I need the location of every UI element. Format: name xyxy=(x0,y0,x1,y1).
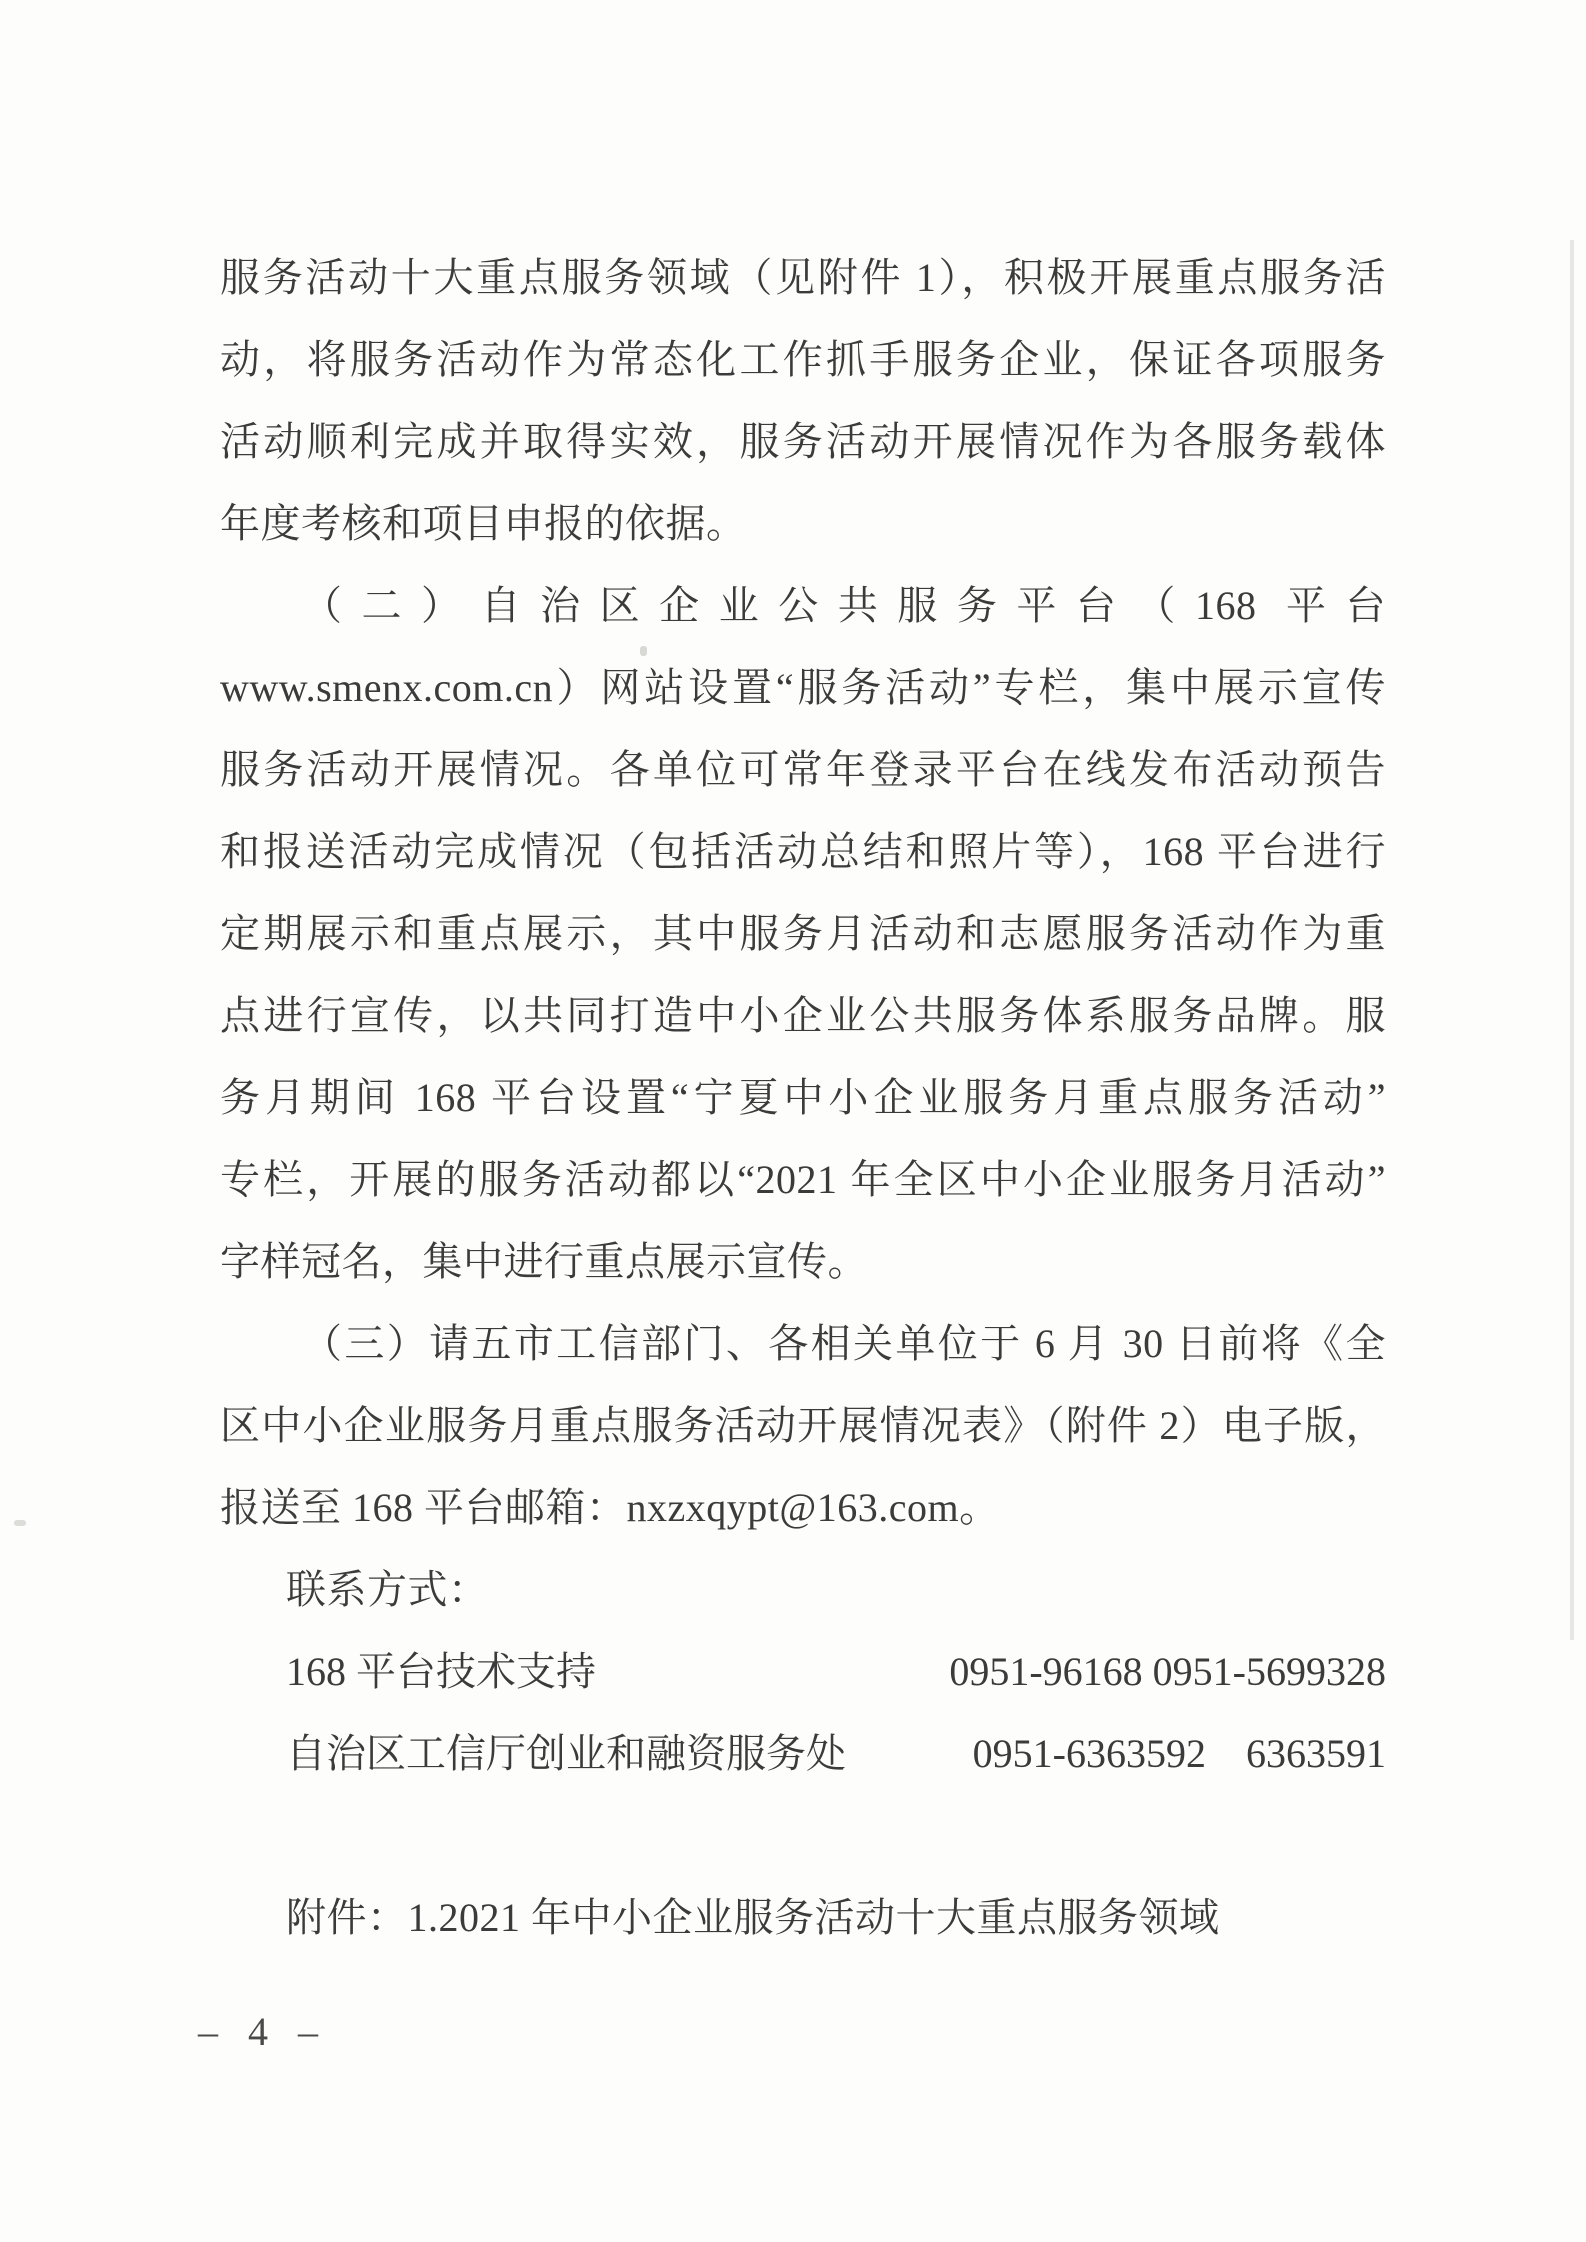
para3-line: （三）请五市工信部门、各相关单位于 6 月 30 日前将《全 xyxy=(220,1303,1386,1385)
para2-line: 专栏，开展的服务活动都以“2021 年全区中小企业服务月活动” xyxy=(220,1139,1386,1221)
blank-line xyxy=(220,1795,1386,1877)
contact-line: 168 平台技术支持 0951-96168 0951-5699328 xyxy=(220,1631,1386,1713)
para1-line: 活动顺利完成并取得实效，服务活动开展情况作为各服务载体 xyxy=(220,401,1386,483)
para3-line: 区中小企业服务月重点服务活动开展情况表》（附件 2）电子版， xyxy=(220,1385,1386,1467)
contact-line: 自治区工信厅创业和融资服务处 0951-6363592 6363591 xyxy=(220,1713,1386,1795)
para2-line: 点进行宣传，以共同打造中小企业公共服务体系服务品牌。服 xyxy=(220,975,1386,1057)
document-body: 服务活动十大重点服务领域（见附件 1），积极开展重点服务活 动，将服务活动作为常… xyxy=(220,237,1386,1959)
contact-label: 自治区工信厅创业和融资服务处 xyxy=(286,1713,846,1795)
contact-heading: 联系方式： xyxy=(220,1549,1386,1631)
para1-line: 年度考核和项目申报的依据。 xyxy=(220,483,1386,565)
para2-line: （二）自治区企业公共服务平台（168 平台 xyxy=(220,565,1386,647)
para2-line: 字样冠名，集中进行重点展示宣传。 xyxy=(220,1221,1386,1303)
para1-line: 服务活动十大重点服务领域（见附件 1），积极开展重点服务活 xyxy=(220,237,1386,319)
para2-line: 服务活动开展情况。各单位可常年登录平台在线发布活动预告 xyxy=(220,729,1386,811)
para1-line: 动，将服务活动作为常态化工作抓手服务企业，保证各项服务 xyxy=(220,319,1386,401)
para3-line email-line: 报送至 168 平台邮箱：nxzxqypt@163.com。 xyxy=(220,1467,1386,1549)
contact-phones: 0951-96168 0951-5699328 xyxy=(949,1631,1386,1713)
document-page: 服务活动十大重点服务领域（见附件 1），积极开展重点服务活 动，将服务活动作为常… xyxy=(0,0,1586,2242)
contact-phones: 0951-6363592 6363591 xyxy=(973,1713,1386,1795)
attachment-line: 附件：1.2021 年中小企业服务活动十大重点服务领域 xyxy=(220,1877,1386,1959)
scan-speck-artifact xyxy=(14,1520,26,1526)
scan-speck-artifact xyxy=(640,646,647,656)
page-number: – 4 – xyxy=(198,2012,328,2052)
para2-line: 和报送活动完成情况（包括活动总结和照片等），168 平台进行 xyxy=(220,811,1386,893)
para2-line: www.smenx.com.cn）网站设置“服务活动”专栏，集中展示宣传 xyxy=(220,647,1386,729)
para2-line: 定期展示和重点展示，其中服务月活动和志愿服务活动作为重 xyxy=(220,893,1386,975)
scan-edge-artifact xyxy=(1570,240,1574,1640)
contact-label: 168 平台技术支持 xyxy=(286,1631,596,1713)
para2-line: 务月期间 168 平台设置“宁夏中小企业服务月重点服务活动” xyxy=(220,1057,1386,1139)
